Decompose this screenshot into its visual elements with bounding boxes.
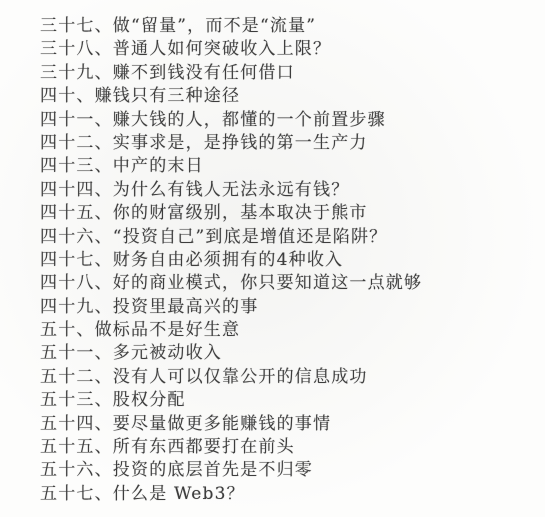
list-item-47: 四十七、财务自由必须拥有的4种收入: [40, 249, 535, 272]
list-item-53: 五十三、股权分配: [40, 389, 535, 412]
list-item-55: 五十五、所有东西都要打在前头: [40, 436, 535, 459]
list-item-46: 四十六、“投资自己”到底是增值还是陷阱？: [40, 226, 535, 249]
list-item-41: 四十一、赚大钱的人，都懂的一个前置步骤: [40, 109, 535, 132]
list-item-56: 五十六、投资的底层首先是不归零: [40, 459, 535, 482]
chapter-title-list: 三十七、做“留量”，而不是“流量” 三十八、普通人如何突破收入上限？ 三十九、赚…: [40, 15, 535, 506]
list-item-37: 三十七、做“留量”，而不是“流量”: [40, 15, 535, 38]
list-item-45: 四十五、你的财富级别，基本取决于熊市: [40, 202, 535, 225]
list-item-38: 三十八、普通人如何突破收入上限？: [40, 38, 535, 61]
list-item-57: 五十七、什么是 Web3？: [40, 483, 535, 506]
list-item-52: 五十二、没有人可以仅靠公开的信息成功: [40, 366, 535, 389]
list-item-54: 五十四、要尽量做更多能赚钱的事情: [40, 413, 535, 436]
list-item-42: 四十二、实事求是，是挣钱的第一生产力: [40, 132, 535, 155]
list-item-51: 五十一、多元被动收入: [40, 342, 535, 365]
list-item-50: 五十、做标品不是好生意: [40, 319, 535, 342]
list-item-44: 四十四、为什么有钱人无法永远有钱？: [40, 179, 535, 202]
document-page: 三十七、做“留量”，而不是“流量” 三十八、普通人如何突破收入上限？ 三十九、赚…: [0, 0, 545, 517]
list-item-49: 四十九、投资里最高兴的事: [40, 296, 535, 319]
list-item-43: 四十三、中产的末日: [40, 155, 535, 178]
list-item-40: 四十、赚钱只有三种途径: [40, 85, 535, 108]
list-item-39: 三十九、赚不到钱没有任何借口: [40, 62, 535, 85]
list-item-48: 四十八、好的商业模式，你只要知道这一点就够: [40, 272, 535, 295]
